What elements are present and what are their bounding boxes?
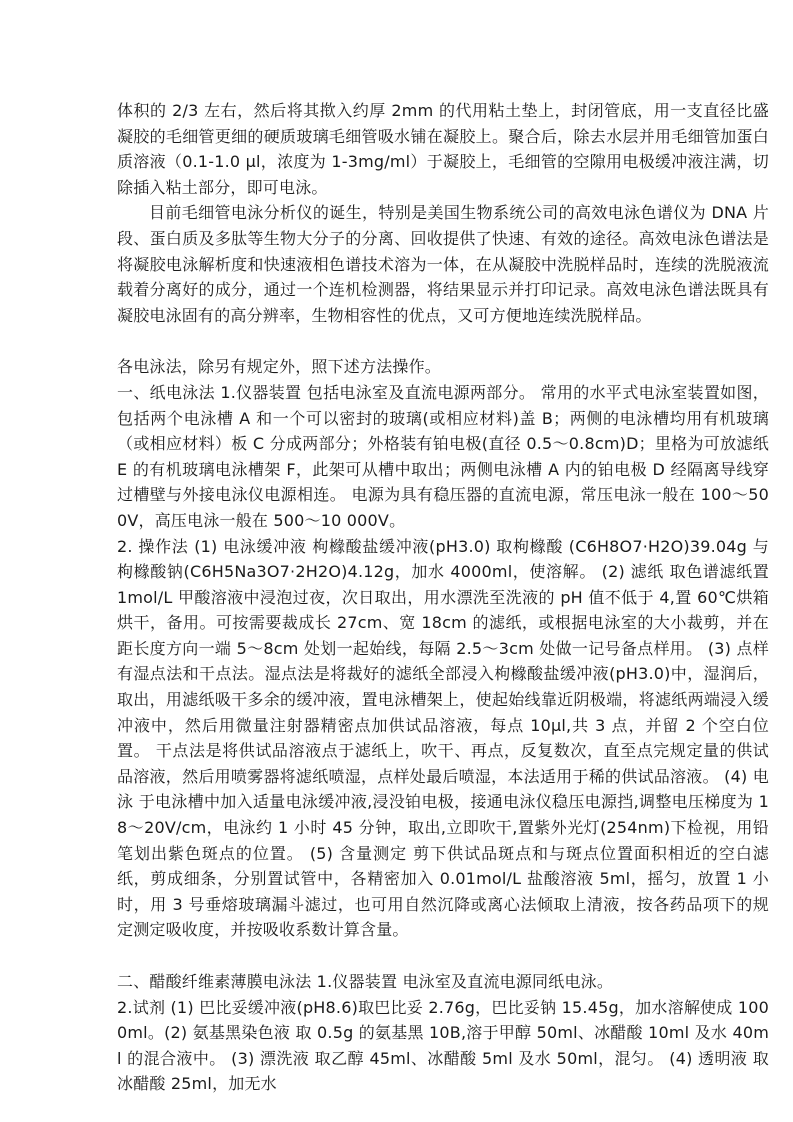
blank-line [117, 328, 769, 354]
document-body: 体积的 2/3 左右，然后将其揿入约厚 2mm 的代用粘土垫上，封闭管底，用一支… [117, 98, 769, 1097]
blank-line [117, 943, 769, 969]
paragraph-general-rule: 各电泳法，除另有规定外，照下述方法操作。 [117, 354, 769, 380]
paragraph-gel-tube-preparation: 体积的 2/3 左右，然后将其揿入约厚 2mm 的代用粘土垫上，封闭管底，用一支… [117, 98, 769, 200]
paragraph-paper-electrophoresis-apparatus: 一、纸电泳法 1.仪器装置 包括电泳室及直流电源两部分。 常用的水平式电泳室装置… [117, 380, 769, 534]
paragraph-cellulose-acetate-apparatus: 二、醋酸纤维素薄膜电泳法 1.仪器装置 电泳室及直流电源同纸电泳。 [117, 969, 769, 995]
paragraph-paper-electrophoresis-procedure: 2. 操作法 (1) 电泳缓冲液 枸橼酸盐缓冲液(pH3.0) 取枸橼酸 (C6… [117, 534, 769, 944]
paragraph-cellulose-acetate-reagents: 2.试剂 (1) 巴比妥缓冲液(pH8.6)取巴比妥 2.76g，巴比妥钠 15… [117, 995, 769, 1097]
paragraph-capillary-electrophoresis-intro: 目前毛细管电泳分析仪的诞生，特别是美国生物系统公司的高效电泳色谱仪为 DNA 片… [117, 200, 769, 328]
document-page: { "page": { "background_color": "#ffffff… [0, 0, 793, 1122]
